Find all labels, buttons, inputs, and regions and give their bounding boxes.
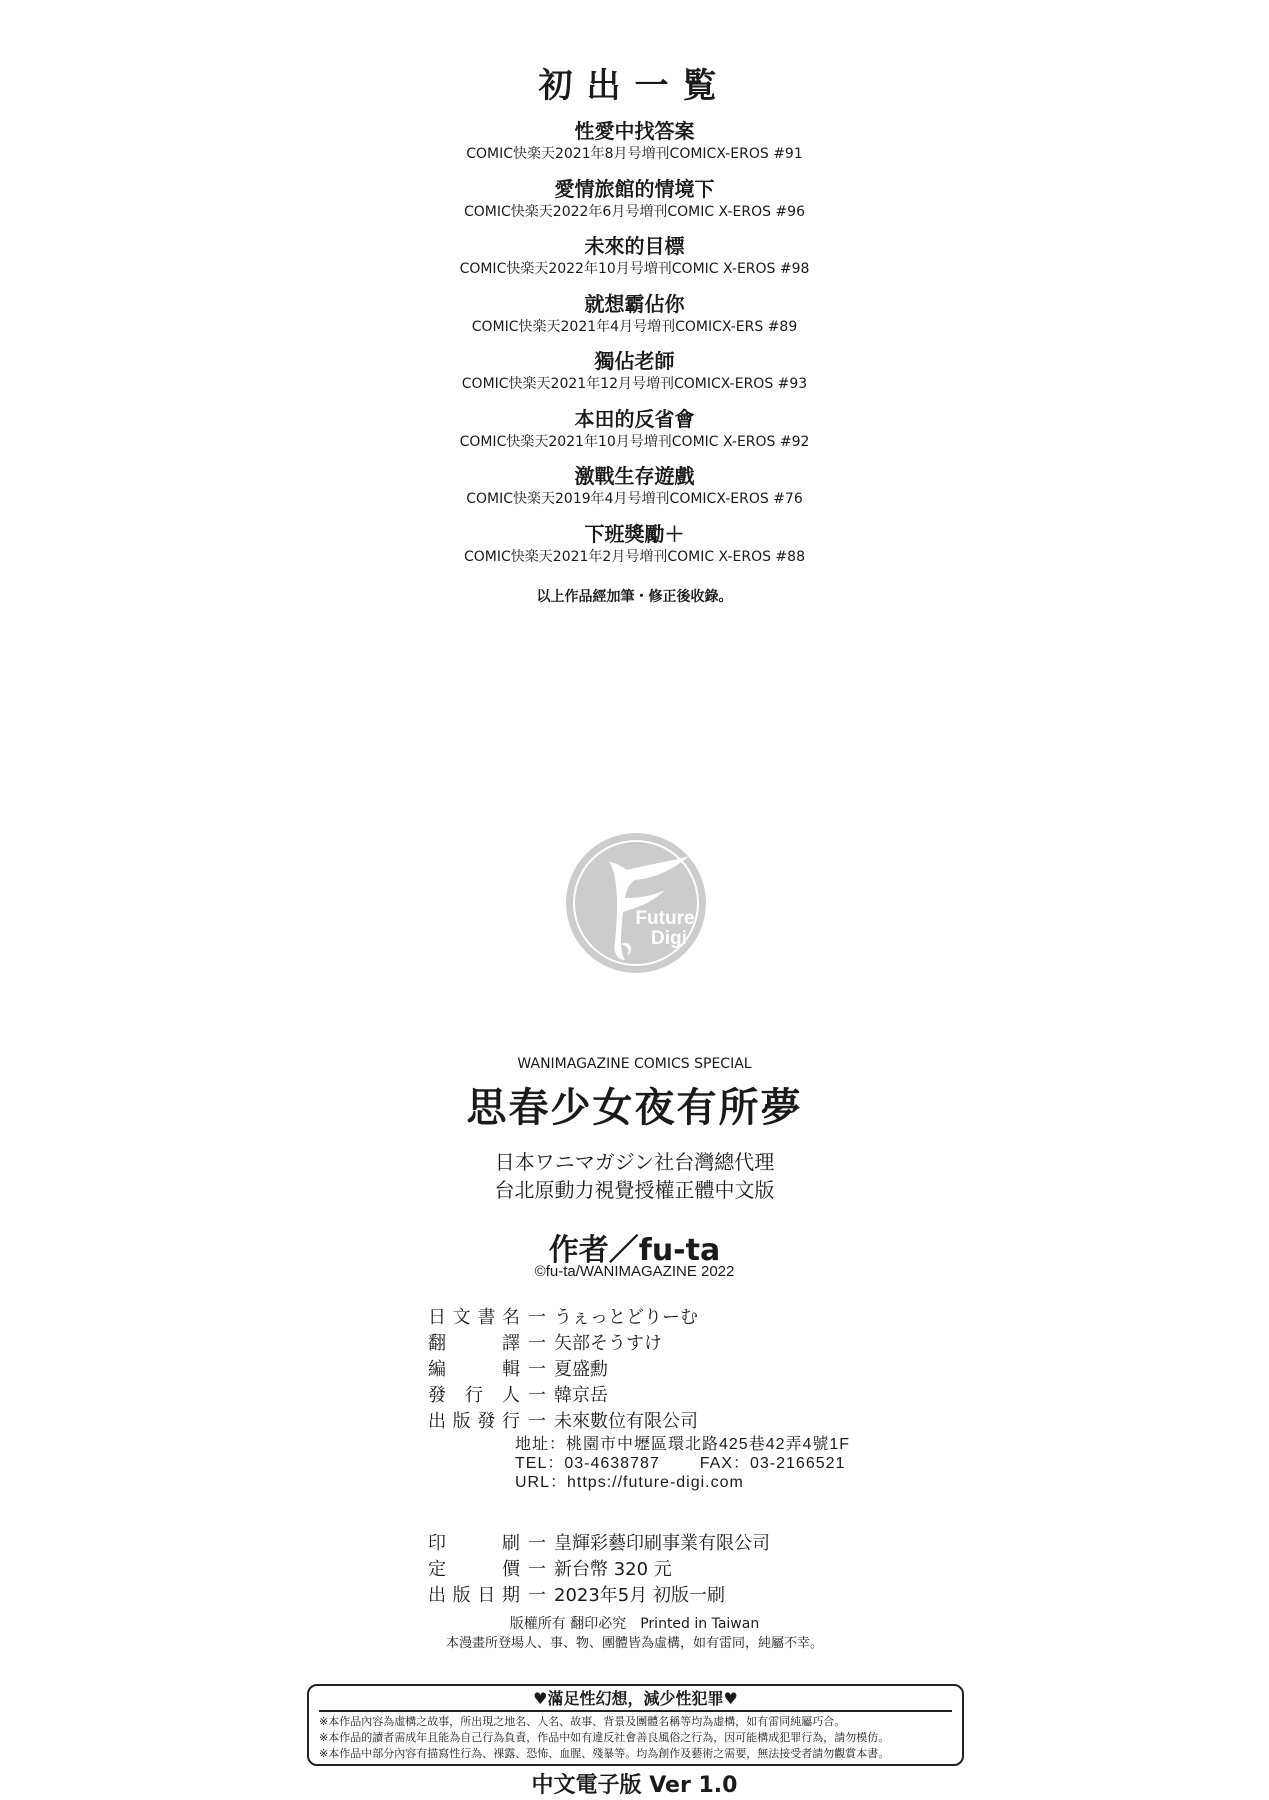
work-source: COMIC快楽天2021年12月号増刊COMICX-EROS #93 bbox=[0, 374, 1269, 394]
work-source: COMIC快楽天2021年10月号増刊COMIC X-EROS #92 bbox=[0, 432, 1269, 452]
credit-value: 未來數位有限公司 bbox=[554, 1411, 698, 1432]
disclaimer-title: ♥滿足性幻想，減少性犯罪♥ bbox=[309, 1689, 962, 1709]
rights-notice: 版權所有 翻印必究 Printed in Taiwan bbox=[0, 1613, 1269, 1633]
disclaimer-line: ※本作品中部分內容有描寫性行為、裸露、恐怖、血腥、殘暴等。均為創作及藝術之需要，… bbox=[319, 1746, 889, 1762]
credit-dash: 一 bbox=[520, 1583, 554, 1609]
work-title: 獨佔老師 bbox=[0, 348, 1269, 374]
work-source: COMIC快楽天2022年6月号増刊COMIC X-EROS #96 bbox=[0, 202, 1269, 222]
credit-dash: 一 bbox=[520, 1357, 554, 1383]
credit-row: 翻譯一矢部そうすけ bbox=[428, 1331, 850, 1357]
credit-row: 出版發行一未來數位有限公司 bbox=[428, 1409, 850, 1435]
divider bbox=[319, 1710, 952, 1712]
book-title: 思春少女夜有所夢 bbox=[0, 1076, 1269, 1133]
edition-version: 中文電子版 Ver 1.0 bbox=[0, 1768, 1269, 1799]
credit-row: 定價一新台幣 320 元 bbox=[428, 1557, 770, 1583]
licensing-line: 日本ワニマガジン社台灣總代理 bbox=[0, 1148, 1269, 1176]
credit-dash: 一 bbox=[520, 1331, 554, 1357]
credit-dash: 一 bbox=[520, 1383, 554, 1409]
credit-value: 皇輝彩藝印刷事業有限公司 bbox=[554, 1533, 770, 1554]
credit-label: 發行人 bbox=[428, 1383, 520, 1409]
work-title: 性愛中找答案 bbox=[0, 118, 1269, 144]
credit-label: 印刷 bbox=[428, 1531, 520, 1557]
disclaimer-lines: ※本作品內容為虛構之故事，所出現之地名、人名、故事、背景及團體名稱等均為虛構，如… bbox=[319, 1714, 889, 1762]
disclaimer-line: ※本作品的讀者需成年且能為自己行為負責，作品中如有違反社會善良風俗之行為，因可能… bbox=[319, 1730, 889, 1746]
credit-value: 矢部そうすけ bbox=[554, 1333, 662, 1354]
credit-row: 出版日期一2023年5月 初版一刷 bbox=[428, 1583, 770, 1609]
credit-value: 韓京岳 bbox=[554, 1385, 608, 1406]
credit-row: 編輯一夏盛勳 bbox=[428, 1357, 850, 1383]
credit-row: 發行人一韓京岳 bbox=[428, 1383, 850, 1409]
work-item: 性愛中找答案 COMIC快楽天2021年8月号増刊COMICX-EROS #91 bbox=[0, 118, 1269, 176]
svg-text:Digi: Digi bbox=[651, 928, 687, 949]
work-source: COMIC快楽天2021年8月号増刊COMICX-EROS #91 bbox=[0, 144, 1269, 164]
works-list: 性愛中找答案 COMIC快楽天2021年8月号増刊COMICX-EROS #91… bbox=[0, 118, 1269, 578]
credit-dash: 一 bbox=[520, 1531, 554, 1557]
work-item: 本田的反省會 COMIC快楽天2021年10月号増刊COMIC X-EROS #… bbox=[0, 406, 1269, 464]
licensing-info: 日本ワニマガジン社台灣總代理 台北原動力視覺授權正體中文版 bbox=[0, 1148, 1269, 1204]
credit-dash: 一 bbox=[520, 1409, 554, 1435]
series-name: WANIMAGAZINE COMICS SPECIAL bbox=[0, 1056, 1269, 1072]
credit-label: 編輯 bbox=[428, 1357, 520, 1383]
credits-block: 日文書名一うぇっとどりーむ 翻譯一矢部そうすけ 編輯一夏盛勳 發行人一韓京岳 出… bbox=[428, 1305, 850, 1492]
credit-value: うぇっとどりーむ bbox=[554, 1307, 698, 1328]
credit-label: 日文書名 bbox=[428, 1305, 520, 1331]
credits-block-2: 印刷一皇輝彩藝印刷事業有限公司 定價一新台幣 320 元 出版日期一2023年5… bbox=[428, 1531, 770, 1609]
work-title: 下班獎勵＋ bbox=[0, 521, 1269, 547]
work-item: 獨佔老師 COMIC快楽天2021年12月号増刊COMICX-EROS #93 bbox=[0, 348, 1269, 406]
credit-label: 定價 bbox=[428, 1557, 520, 1583]
tel: TEL：03-4638787 bbox=[515, 1455, 660, 1472]
work-source: COMIC快楽天2021年2月号増刊COMIC X-EROS #88 bbox=[0, 547, 1269, 567]
revision-note: 以上作品經加筆・修正後收錄。 bbox=[0, 586, 1269, 606]
address: 地址：桃園市中壢區環北路425巷42弄4號1F bbox=[515, 1435, 850, 1454]
disclaimer-box: ♥滿足性幻想，減少性犯罪♥ ※本作品內容為虛構之故事，所出現之地名、人名、故事、… bbox=[307, 1684, 964, 1766]
credit-value: 夏盛勳 bbox=[554, 1359, 608, 1380]
work-source: COMIC快楽天2021年4月号増刊COMICX-ERS #89 bbox=[0, 317, 1269, 337]
licensing-line: 台北原動力視覺授權正體中文版 bbox=[0, 1176, 1269, 1204]
credit-row: 日文書名一うぇっとどりーむ bbox=[428, 1305, 850, 1331]
credit-value: 新台幣 320 元 bbox=[554, 1559, 672, 1580]
work-item: 激戰生存遊戲 COMIC快楽天2019年4月号増刊COMICX-EROS #76 bbox=[0, 463, 1269, 521]
first-publication-heading: 初出一覧 bbox=[0, 58, 1269, 107]
work-title: 愛情旅館的情境下 bbox=[0, 176, 1269, 202]
svg-text:Future: Future bbox=[635, 908, 694, 929]
work-title: 激戰生存遊戲 bbox=[0, 463, 1269, 489]
disclaimer-line: ※本作品內容為虛構之故事，所出現之地名、人名、故事、背景及團體名稱等均為虛構，如… bbox=[319, 1714, 889, 1730]
work-source: COMIC快楽天2022年10月号増刊COMIC X-EROS #98 bbox=[0, 259, 1269, 279]
work-item: 就想霸佔你 COMIC快楽天2021年4月号増刊COMICX-ERS #89 bbox=[0, 291, 1269, 349]
credit-label: 出版發行 bbox=[428, 1409, 520, 1435]
credit-dash: 一 bbox=[520, 1305, 554, 1331]
work-title: 就想霸佔你 bbox=[0, 291, 1269, 317]
work-item: 未來的目標 COMIC快楽天2022年10月号増刊COMIC X-EROS #9… bbox=[0, 233, 1269, 291]
credit-value: 2023年5月 初版一刷 bbox=[554, 1585, 725, 1606]
copyright: ©fu-ta/WANIMAGAZINE 2022 bbox=[0, 1263, 1269, 1280]
fiction-notice: 本漫畫所登場人、事、物、團體皆為虛構，如有雷同，純屬不幸。 bbox=[0, 1632, 1269, 1651]
credit-label: 出版日期 bbox=[428, 1583, 520, 1609]
url: URL：https://future-digi.com bbox=[515, 1473, 850, 1492]
work-item: 愛情旅館的情境下 COMIC快楽天2022年6月号増刊COMIC X-EROS … bbox=[0, 176, 1269, 234]
publisher-contact: 地址：桃園市中壢區環北路425巷42弄4號1F TEL：03-4638787FA… bbox=[428, 1435, 850, 1492]
work-title: 未來的目標 bbox=[0, 233, 1269, 259]
credit-label: 翻譯 bbox=[428, 1331, 520, 1357]
credit-row: 印刷一皇輝彩藝印刷事業有限公司 bbox=[428, 1531, 770, 1557]
logo-icon: Future Digi bbox=[565, 832, 707, 974]
work-source: COMIC快楽天2019年4月号増刊COMICX-EROS #76 bbox=[0, 489, 1269, 509]
phone-fax: TEL：03-4638787FAX：03-2166521 bbox=[515, 1454, 850, 1473]
work-title: 本田的反省會 bbox=[0, 406, 1269, 432]
fax: FAX：03-2166521 bbox=[700, 1455, 846, 1472]
work-item: 下班獎勵＋ COMIC快楽天2021年2月号増刊COMIC X-EROS #88 bbox=[0, 521, 1269, 579]
credit-dash: 一 bbox=[520, 1557, 554, 1583]
future-digi-logo: Future Digi bbox=[565, 832, 707, 974]
